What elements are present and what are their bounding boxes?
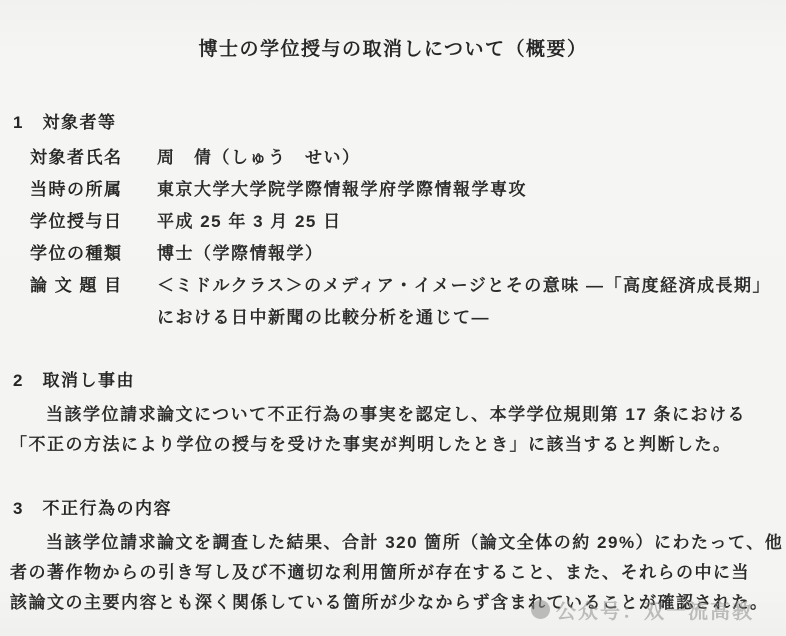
field-value-thesis-title: ＜ミドルクラス＞のメディア・イメージとその意味 ―「高度経済成長期」 における日…	[157, 270, 776, 334]
body-line: 「不正の方法により学位の授与を受けた事実が判明したとき」に該当すると判断した。	[10, 430, 776, 460]
field-label-degree-type: 学位の種類	[30, 238, 157, 270]
field-row-degree-date: 学位授与日 平成 25 年 3 月 25 日	[10, 206, 776, 238]
document-page: 博士の学位授与の取消しについて（概要） 1 対象者等 対象者氏名 周 倩（しゅう…	[0, 0, 786, 636]
field-value-degree-type: 博士（学際情報学）	[157, 238, 776, 270]
field-label-name: 対象者氏名	[30, 142, 157, 174]
field-label-degree-date: 学位授与日	[30, 206, 157, 238]
body-line: 者の著作物からの引き写し及び不適切な利用箇所が存在すること、また、それらの中に当	[10, 558, 776, 588]
field-value-name: 周 倩（しゅう せい）	[157, 142, 776, 174]
thesis-title-line-1: ＜ミドルクラス＞のメディア・イメージとその意味 ―「高度経済成長期」	[157, 270, 776, 302]
section-2-heading: 2 取消し事由	[10, 370, 776, 392]
section-subject: 1 対象者等 対象者氏名 周 倩（しゅう せい） 当時の所属 東京大学大学院学際…	[10, 112, 776, 334]
thesis-title-line-2: における日中新聞の比較分析を通じて―	[157, 302, 776, 334]
field-row-affiliation: 当時の所属 東京大学大学院学際情報学府学際情報学専攻	[10, 174, 776, 206]
field-row-thesis-title: 論 文 題 目 ＜ミドルクラス＞のメディア・イメージとその意味 ―「高度経済成長…	[10, 270, 776, 334]
field-value-degree-date: 平成 25 年 3 月 25 日	[157, 206, 776, 238]
subject-fields: 対象者氏名 周 倩（しゅう せい） 当時の所属 東京大学大学院学際情報学府学際情…	[10, 142, 776, 334]
section-1-heading: 1 対象者等	[10, 112, 776, 134]
body-line: 当該学位請求論文について不正行為の事実を認定し、本学学位規則第 17 条における	[10, 400, 776, 430]
section-3-heading: 3 不正行為の内容	[10, 498, 776, 520]
document-title: 博士の学位授与の取消しについて（概要）	[10, 38, 776, 62]
revocation-reason-paragraph: 当該学位請求論文について不正行為の事実を認定し、本学学位規則第 17 条における…	[10, 400, 776, 460]
field-value-affiliation: 東京大学大学院学際情報学府学際情報学専攻	[157, 174, 776, 206]
section-misconduct-details: 3 不正行為の内容 当該学位請求論文を調査した結果、合計 320 箇所（論文全体…	[10, 498, 776, 618]
field-row-degree-type: 学位の種類 博士（学際情報学）	[10, 238, 776, 270]
field-row-name: 対象者氏名 周 倩（しゅう せい）	[10, 142, 776, 174]
body-line: 該論文の主要内容とも深く関係している箇所が少なからず含まれていることが確認された…	[10, 588, 776, 618]
misconduct-details-paragraph: 当該学位請求論文を調査した結果、合計 320 箇所（論文全体の約 29%）にわた…	[10, 528, 776, 618]
section-revocation-reason: 2 取消し事由 当該学位請求論文について不正行為の事実を認定し、本学学位規則第 …	[10, 370, 776, 460]
body-line: 当該学位請求論文を調査した結果、合計 320 箇所（論文全体の約 29%）にわた…	[10, 528, 776, 558]
field-label-affiliation: 当時の所属	[30, 174, 157, 206]
field-label-thesis-title: 論 文 題 目	[30, 270, 157, 302]
